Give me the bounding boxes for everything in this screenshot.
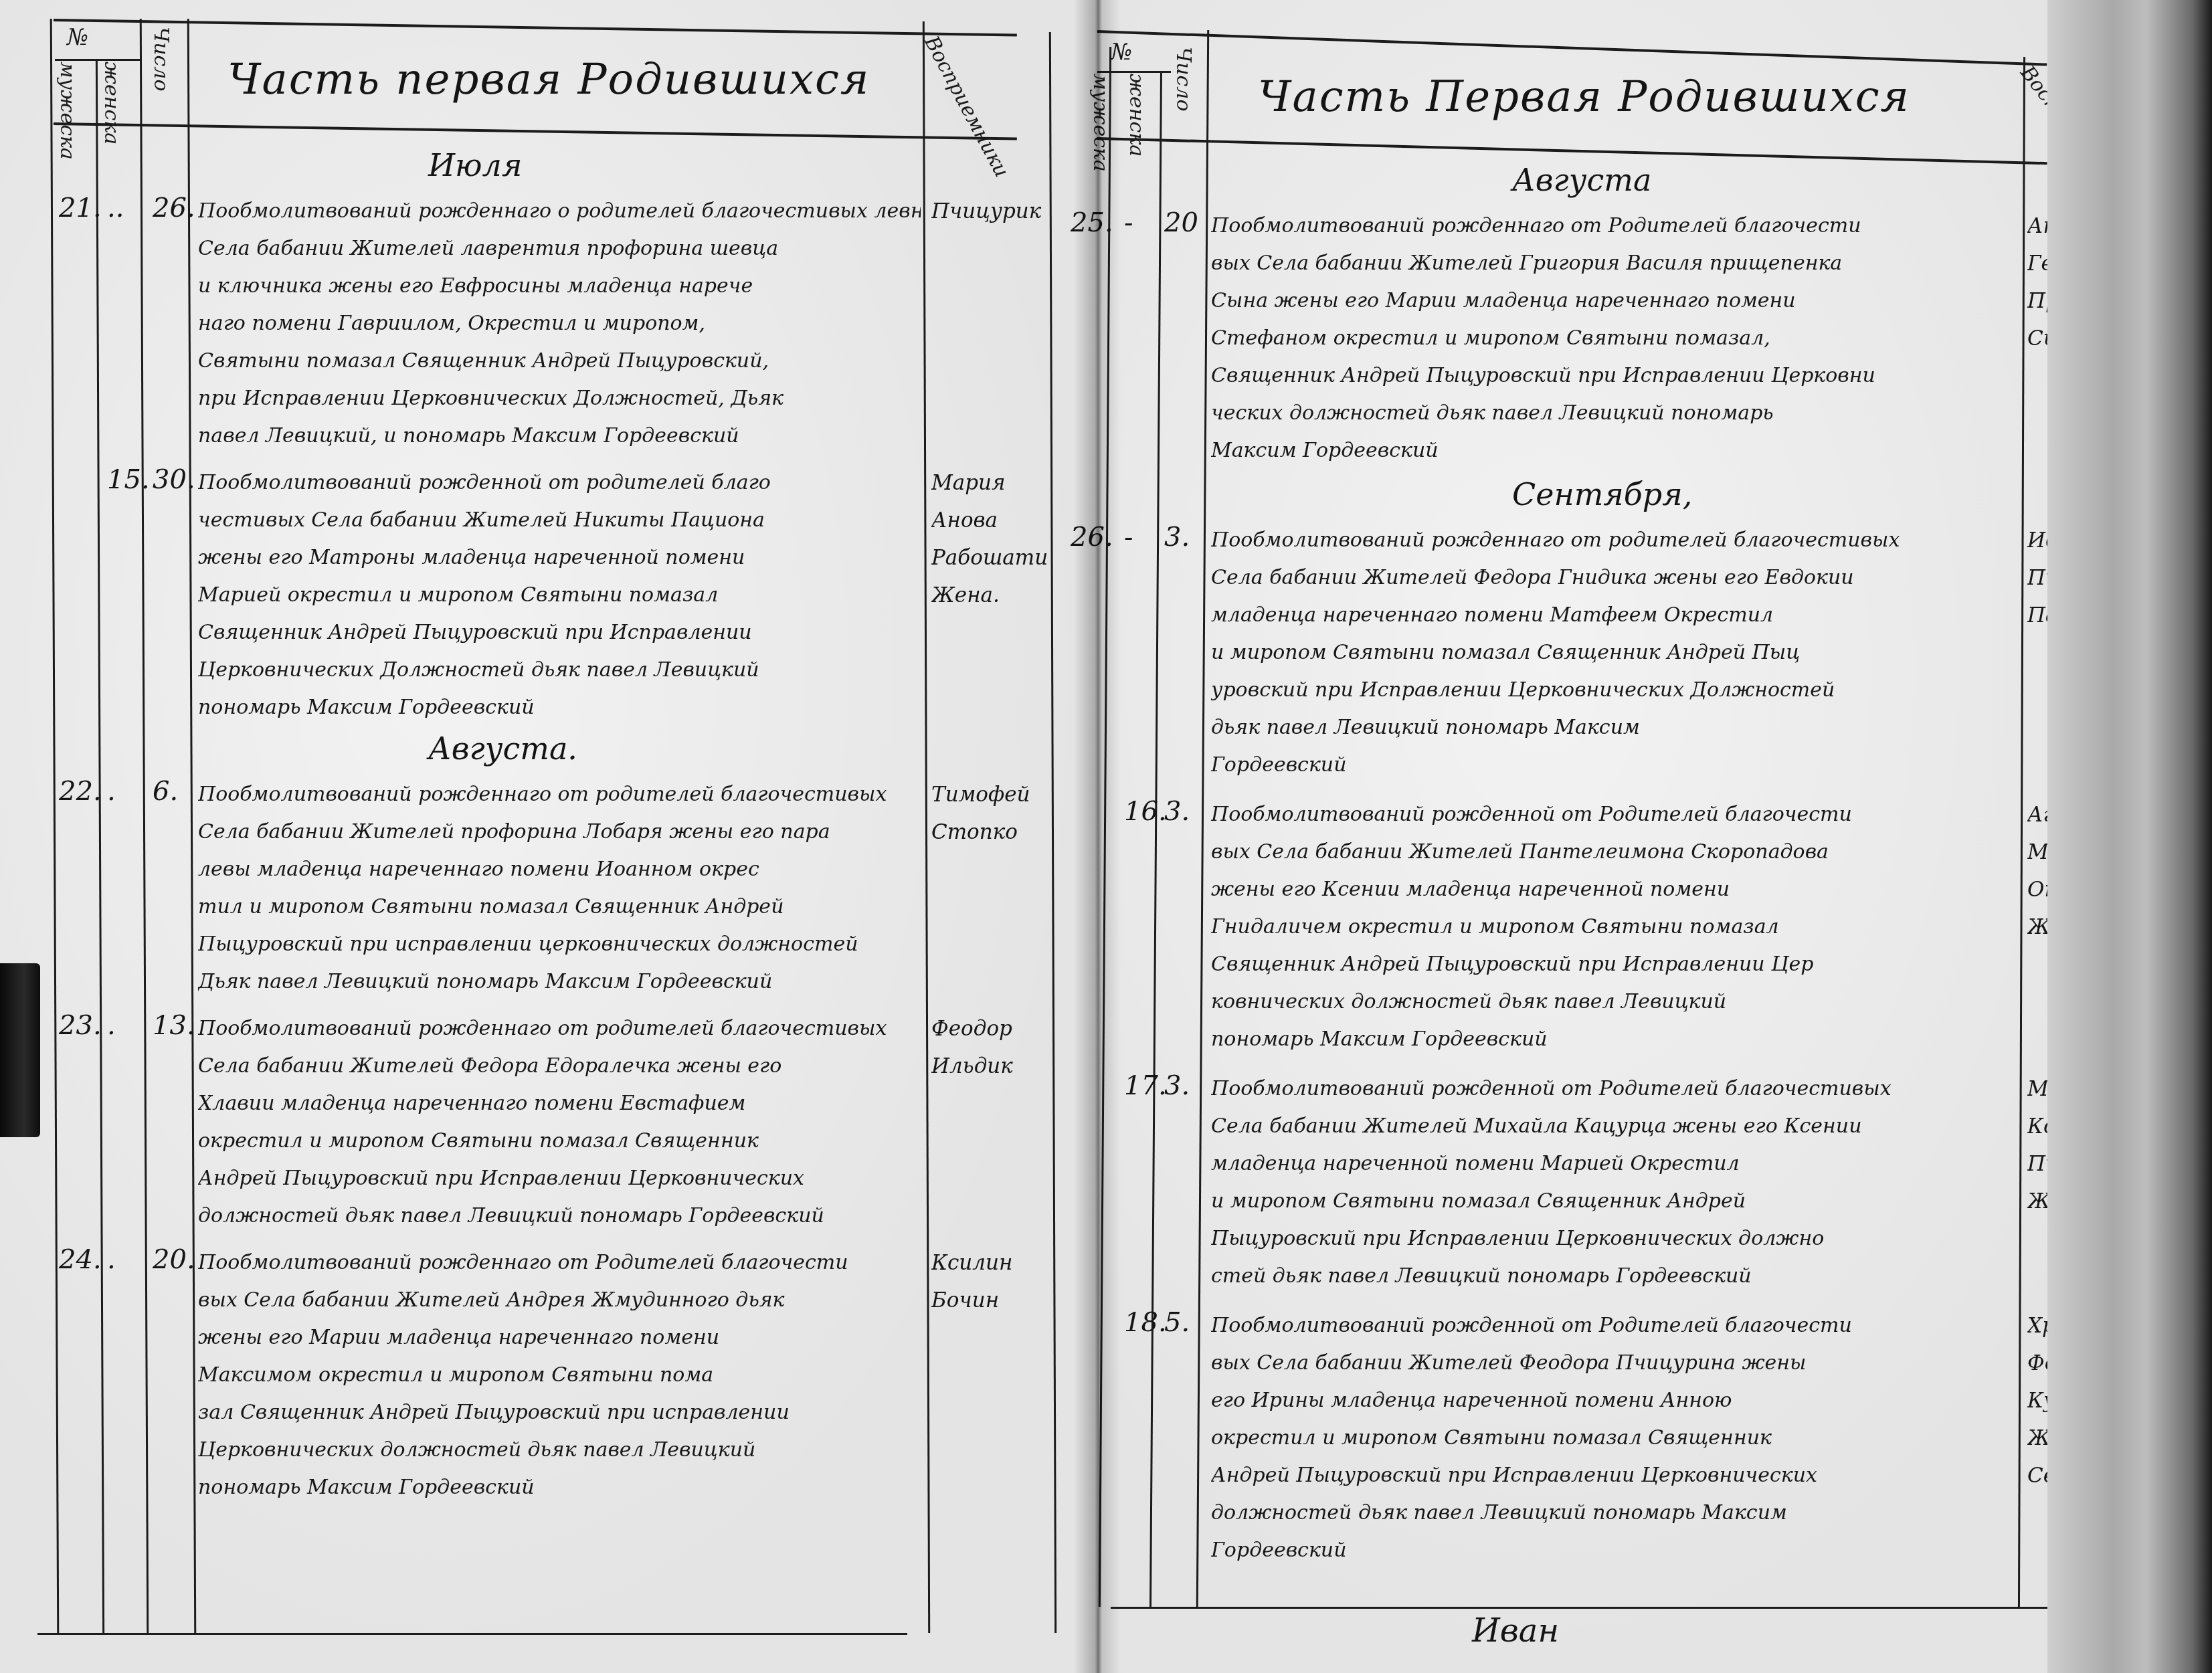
entry-text-line: Пообмолитвований рожденной от Родителей … bbox=[1211, 1307, 2014, 1345]
entry-text-line: пономарь Максим Гордеевский bbox=[198, 1469, 921, 1506]
godparent-line: Стопко bbox=[931, 813, 1052, 851]
col-rule-4 bbox=[187, 19, 197, 1633]
entry-text: Пообмолитвований рожденнаго о родителей … bbox=[198, 193, 921, 455]
entry-text-line: тил и миропом Святыни помазал Священник … bbox=[198, 888, 921, 926]
female-number: . bbox=[107, 776, 116, 807]
entry-text: Пообмолитвований рожденной от родителей … bbox=[198, 464, 921, 726]
register-spread: № мужеска женска Число Часть первая Роди… bbox=[0, 0, 2212, 1673]
female-number: - bbox=[1124, 522, 1133, 553]
entry-text-line: Андрей Пыцуровский при Исправлении Церко… bbox=[198, 1160, 921, 1197]
entry-text-line: Села бабании Жителей Федора Гнидика жены… bbox=[1211, 559, 2014, 597]
entry-text-line: жены его Ксении младенца нареченной поме… bbox=[1211, 871, 2014, 908]
entry-text-line: Села бабании Жителей Федора Едоралечка ж… bbox=[198, 1048, 921, 1085]
right-page: № мужеска женска Число Часть Первая Роди… bbox=[1097, 0, 2212, 1673]
entry-text-line: Пыцуровский при Исправлении Церковническ… bbox=[1211, 1220, 2014, 1258]
godparents-column-header: Восприемники bbox=[919, 32, 1014, 181]
number-column-header: № bbox=[67, 24, 88, 51]
entry-text-line: стей дьяк павел Левицкий пономарь Гордее… bbox=[1211, 1258, 2014, 1295]
entry-text-line: Гнидаличем окрестил и миропом Святыни по… bbox=[1211, 908, 2014, 946]
godparents: ТимофейСтопко bbox=[931, 776, 1052, 851]
entry-text: Пообмолитвований рожденнаго от родителей… bbox=[1211, 522, 2014, 784]
male-number: 22. bbox=[59, 776, 102, 807]
table-bottom-rule bbox=[37, 1633, 907, 1635]
female-number: 17. bbox=[1124, 1070, 1167, 1101]
entry-text-line: Дьяк павел Левицкий пономарь Максим Горд… bbox=[198, 963, 921, 1001]
entry-text-line: Пообмолитвований рожденнаго от Родителей… bbox=[198, 1244, 921, 1282]
entry-text-line: Стефаном окрестил и миропом Святыни пома… bbox=[1211, 320, 2014, 357]
entry-text-line: Села бабании Жителей лаврентия профорина… bbox=[198, 230, 921, 268]
godparent-line: Анова bbox=[931, 502, 1052, 539]
entry-text-line: и миропом Святыни помазал Священник Андр… bbox=[1211, 1183, 2014, 1220]
day-of-month: 13. bbox=[153, 1010, 195, 1041]
entry-text-line: Пообмолитвований рожденной от Родителей … bbox=[1211, 796, 2014, 833]
month-heading: Сентября, bbox=[1512, 476, 1692, 512]
entry-text-line: пономарь Максим Гордеевский bbox=[198, 689, 921, 726]
entry-text-line: Священник Андрей Пыцуровский при Исправл… bbox=[1211, 946, 2014, 983]
godparents: ФеодорИльдик bbox=[931, 1010, 1052, 1085]
left-page: № мужеска женска Число Часть первая Роди… bbox=[0, 0, 1097, 1673]
entry-text-line: вых Села бабании Жителей Григория Василя… bbox=[1211, 245, 2014, 282]
header-top-rule bbox=[1097, 30, 2047, 66]
entry-text-line: Священник Андрей Пыцуровский при Исправл… bbox=[1211, 357, 2014, 395]
female-number: 15. bbox=[107, 464, 150, 495]
female-number: .. bbox=[107, 193, 124, 223]
female-number: 16. bbox=[1124, 796, 1167, 827]
col-rule-3 bbox=[1196, 30, 1209, 1607]
entry-text: Пообмолитвований рожденнаго от родителей… bbox=[198, 1010, 921, 1235]
entry-text-line: Гордеевский bbox=[1211, 1532, 2014, 1569]
entry-text-line: и миропом Святыни помазал Священник Андр… bbox=[1211, 634, 2014, 672]
entry-text-line: Пообмолитвований рожденной от Родителей … bbox=[1211, 1070, 2014, 1108]
day-column-header: Число bbox=[149, 27, 173, 91]
entry-text-line: Максимом окрестил и миропом Святыни пома bbox=[198, 1357, 921, 1394]
entry-text-line: Пыцуровский при исправлении церковническ… bbox=[198, 926, 921, 963]
entry-text-line: Андрей Пыцуровский при Исправлении Церко… bbox=[1211, 1457, 2014, 1494]
entry-text-line: Пообмолитвований рожденнаго от родителей… bbox=[1211, 522, 2014, 559]
entry-text-line: вых Села бабании Жителей Пантелеимона Ск… bbox=[1211, 833, 2014, 871]
month-heading: Июля bbox=[428, 147, 522, 183]
entry-text-line: Марией окрестил и миропом Святыни помаза… bbox=[198, 577, 921, 614]
month-heading: Августа. bbox=[428, 730, 577, 767]
godparents: МарияАноваРабошатиЖена. bbox=[931, 464, 1052, 614]
col-rule-2 bbox=[1149, 71, 1162, 1607]
entry-text-line: при Исправлении Церковнических Должносте… bbox=[198, 380, 921, 417]
entry-text: Пообмолитвований рожденнаго от Родителей… bbox=[198, 1244, 921, 1506]
col-rule-3 bbox=[140, 19, 149, 1633]
entry-text-line: павел Левицкий, и пономарь Максим Гордее… bbox=[198, 417, 921, 455]
male-number: 21. bbox=[59, 193, 102, 223]
book-spine bbox=[1074, 0, 1121, 1673]
entry-text-line: Села бабании Жителей Михайла Кацурца жен… bbox=[1211, 1108, 2014, 1145]
godparent-line: Феодор bbox=[931, 1010, 1052, 1048]
entry-text-line: должностей дьяк павел Левицкий пономарь … bbox=[198, 1197, 921, 1235]
entry-text-line: наго помени Гавриилом, Окрестил и миропо… bbox=[198, 305, 921, 342]
entry-text-line: окрестил и миропом Святыни помазал Свяще… bbox=[1211, 1419, 2014, 1457]
col-rule-5 bbox=[923, 21, 930, 1633]
entry-text-line: Пообмолитвований рожденнаго от родителей… bbox=[198, 1010, 921, 1048]
female-number: . bbox=[107, 1244, 116, 1275]
entry-text-line: Церковнических должностей дьяк павел Лев… bbox=[198, 1432, 921, 1469]
col-rule-2 bbox=[96, 59, 104, 1633]
entry-text-line: жены его Матроны младенца нареченной пом… bbox=[198, 539, 921, 577]
entry-text-line: Села бабании Жителей профорина Лобаря же… bbox=[198, 813, 921, 851]
entry-text-line: Максим Гордеевский bbox=[1211, 432, 2014, 470]
female-number: - bbox=[1124, 207, 1133, 238]
entry-text-line: ковнических должностей дьяк павел Левицк… bbox=[1211, 983, 2014, 1021]
day-of-month: 30. bbox=[153, 464, 195, 495]
col-rule-4 bbox=[2018, 57, 2025, 1607]
entry-text-line: ческих должностей дьяк павел Левицкий по… bbox=[1211, 395, 2014, 432]
female-column-header: женска bbox=[100, 62, 123, 144]
godparent-line: Жена. bbox=[931, 577, 1052, 614]
binder-clip bbox=[0, 963, 40, 1137]
day-of-month: 3. bbox=[1164, 1070, 1190, 1101]
entry-text: Пообмолитвований рожденнаго от Родителей… bbox=[1211, 207, 2014, 470]
day-of-month: 3. bbox=[1164, 522, 1190, 553]
godparent-line: Ильдик bbox=[931, 1048, 1052, 1085]
col-rule-1 bbox=[50, 19, 60, 1633]
entry-text-line: Хлавии младенца нареченнаго помени Евста… bbox=[198, 1085, 921, 1122]
entry-text-line: младенца нареченной помени Марией Окрест… bbox=[1211, 1145, 2014, 1183]
godparent-line: Рабошати bbox=[931, 539, 1052, 577]
entry-text-line: жены его Марии младенца нареченнаго поме… bbox=[198, 1319, 921, 1357]
entry-text: Пообмолитвований рожденной от Родителей … bbox=[1211, 796, 2014, 1058]
entry-text: Пообмолитвований рожденной от Родителей … bbox=[1211, 1070, 2014, 1295]
page-edge bbox=[2047, 0, 2212, 1673]
entry-text-line: Сына жены его Марии младенца нареченнаго… bbox=[1211, 282, 2014, 320]
page-title: Часть первая Родившихся bbox=[227, 55, 870, 104]
entry-text: Пообмолитвований рожденнаго от родителей… bbox=[198, 776, 921, 1001]
month-heading: Августа bbox=[1512, 162, 1651, 198]
entry-text-line: Гордеевский bbox=[1211, 747, 2014, 784]
page-title: Часть Первая Родившихся bbox=[1258, 72, 1910, 122]
godparents: Пчицурик bbox=[931, 193, 1052, 230]
number-subheader-rule bbox=[55, 59, 142, 61]
header-top-rule bbox=[54, 19, 1017, 37]
entry-text-line: окрестил и миропом Святыни помазал Свяще… bbox=[198, 1122, 921, 1160]
female-column-header: женска bbox=[1125, 74, 1148, 157]
godparent-line: Ксилин bbox=[931, 1244, 1052, 1282]
entry-text-line: и ключника жены его Евфросины младенца н… bbox=[198, 268, 921, 305]
header-bottom-rule bbox=[54, 122, 1017, 140]
godparent-line: Мария bbox=[931, 464, 1052, 502]
entry-text-line: Пообмолитвований рожденнаго о родителей … bbox=[198, 193, 921, 230]
day-of-month: 26. bbox=[153, 193, 195, 223]
godparent-line: Тимофей bbox=[931, 776, 1052, 813]
day-of-month: 5. bbox=[1164, 1307, 1190, 1338]
entry-text-line: младенца нареченнаго помени Матфеем Окре… bbox=[1211, 597, 2014, 634]
entry-text-line: Священник Андрей Пыцуровский при Исправл… bbox=[198, 614, 921, 652]
entry-text-line: дьяк павел Левицкий пономарь Максим bbox=[1211, 709, 2014, 747]
entry-text-line: Пообмолитвований рожденнаго от Родителей… bbox=[1211, 207, 2014, 245]
godparents: КсилинБочин bbox=[931, 1244, 1052, 1319]
entry-text-line: вых Села бабании Жителей Андрея Жмудинно… bbox=[198, 1282, 921, 1319]
entry-text: Пообмолитвований рожденной от Родителей … bbox=[1211, 1307, 2014, 1569]
female-number: . bbox=[107, 1010, 116, 1041]
day-of-month: 20. bbox=[153, 1244, 195, 1275]
entry-text-line: Церковнических Должностей дьяк павел Лев… bbox=[198, 652, 921, 689]
entry-text-line: честивых Села бабании Жителей Никиты Пац… bbox=[198, 502, 921, 539]
day-of-month: 3. bbox=[1164, 796, 1190, 827]
male-number: 24. bbox=[59, 1244, 102, 1275]
godparent-line: Бочин bbox=[931, 1282, 1052, 1319]
entry-text-line: вых Села бабании Жителей Феодора Пчицури… bbox=[1211, 1345, 2014, 1382]
entry-text-line: зал Священник Андрей Пыцуровский при исп… bbox=[198, 1394, 921, 1432]
entry-text-line: его Ирины младенца нареченной помени Анн… bbox=[1211, 1382, 2014, 1419]
godparent-line: Пчицурик bbox=[931, 193, 1052, 230]
entry-text-line: Пообмолитвований рожденнаго от родителей… bbox=[198, 776, 921, 813]
table-bottom-rule bbox=[1111, 1607, 2047, 1609]
entry-text-line: Святыни помазал Священник Андрей Пыцуров… bbox=[198, 342, 921, 380]
male-number: 23. bbox=[59, 1010, 102, 1041]
entry-text-line: Пообмолитвований рожденной от родителей … bbox=[198, 464, 921, 502]
female-number: 18. bbox=[1124, 1307, 1167, 1338]
entry-text-line: левы младенца нареченнаго помени Иоанном… bbox=[198, 851, 921, 888]
entry-text-line: должностей дьяк павел Левицкий пономарь … bbox=[1211, 1494, 2014, 1532]
catchword: Иван bbox=[1472, 1612, 1559, 1650]
day-column-header: Число bbox=[1172, 47, 1195, 111]
header-bottom-rule bbox=[1097, 137, 2047, 165]
entry-text-line: пономарь Максим Гордеевский bbox=[1211, 1021, 2014, 1058]
day-of-month: 6. bbox=[153, 776, 178, 807]
entry-text-line: уровский при Исправлении Церковнических … bbox=[1211, 672, 2014, 709]
male-column-header: мужеска bbox=[56, 62, 79, 160]
day-of-month: 20 bbox=[1164, 207, 1198, 238]
